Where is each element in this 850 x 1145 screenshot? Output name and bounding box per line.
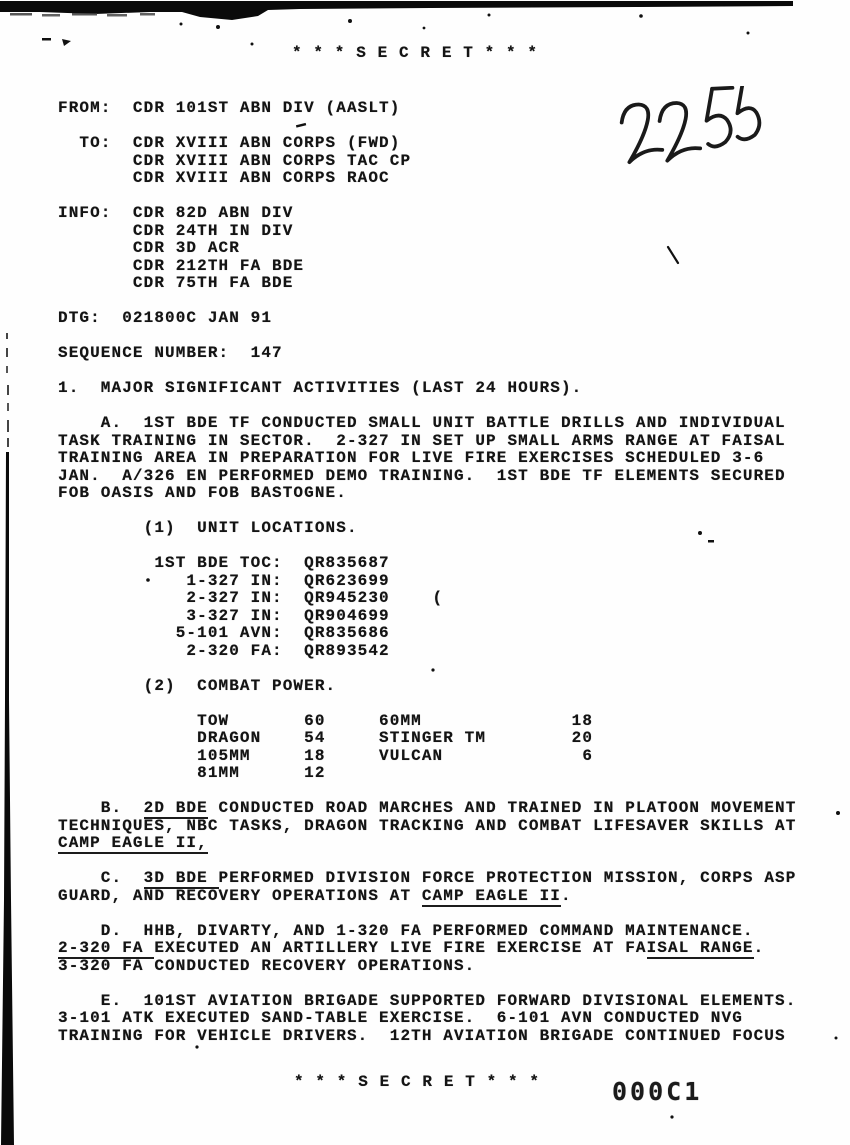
document-line: A. 1ST BDE TF CONDUCTED SMALL UNIT BATTL… [58, 415, 838, 433]
document-line: (2) COMBAT POWER. [58, 678, 838, 696]
document-line: C. 3D BDE PERFORMED DIVISION FORCE PROTE… [58, 870, 838, 888]
document-line [58, 975, 838, 993]
document-line: 5-101 AVN: QR835686 [58, 625, 838, 643]
document-line [58, 293, 838, 311]
document-line: 1. MAJOR SIGNIFICANT ACTIVITIES (LAST 24… [58, 380, 838, 398]
document-line: 3-101 ATK EXECUTED SAND-TABLE EXERCISE. … [58, 1010, 838, 1028]
scanned-document-page: * * * S E C R E T * * * * * * S E C R E … [0, 0, 850, 1145]
document-line [58, 398, 838, 416]
classification-banner-top: * * * S E C R E T * * * [292, 44, 538, 62]
document-line: (1) UNIT LOCATIONS. [58, 520, 838, 538]
document-line: 3-320 FA CONDUCTED RECOVERY OPERATIONS. [58, 958, 838, 976]
document-line: TOW 60 60MM 18 [58, 713, 838, 731]
document-line: 2-320 FA EXECUTED AN ARTILLERY LIVE FIRE… [58, 940, 838, 958]
document-line: CDR 24TH IN DIV [58, 223, 838, 241]
document-line: CDR XVIII ABN CORPS RAOC [58, 170, 838, 188]
document-line: TECHNIQUES, NBC TASKS, DRAGON TRACKING A… [58, 818, 838, 836]
document-line: 1ST BDE TOC: QR835687 [58, 555, 838, 573]
document-line: CDR 75TH FA BDE [58, 275, 838, 293]
document-line [58, 783, 838, 801]
document-line: DRAGON 54 STINGER TM 20 [58, 730, 838, 748]
document-line: TASK TRAINING IN SECTOR. 2-327 IN SET UP… [58, 433, 838, 451]
document-line: JAN. A/326 EN PERFORMED DEMO TRAINING. 1… [58, 468, 838, 486]
document-line: E. 101ST AVIATION BRIGADE SUPPORTED FORW… [58, 993, 838, 1011]
document-line [58, 695, 838, 713]
document-line: FOB OASIS AND FOB BASTOGNE. [58, 485, 838, 503]
scan-artifact-left-edge [0, 0, 24, 1145]
document-line [58, 660, 838, 678]
document-line [58, 328, 838, 346]
classification-banner-bottom: * * * S E C R E T * * * [294, 1073, 540, 1091]
document-line [58, 503, 838, 521]
document-line: CAMP EAGLE II, [58, 835, 838, 853]
document-line [58, 853, 838, 871]
page-number-stamp: 000C1 [612, 1077, 702, 1106]
handwritten-number: 2255 [612, 86, 762, 166]
document-line: 105MM 18 VULCAN 6 [58, 748, 838, 766]
document-line: SEQUENCE NUMBER: 147 [58, 345, 838, 363]
document-line: B. 2D BDE CONDUCTED ROAD MARCHES AND TRA… [58, 800, 838, 818]
document-line: CDR 212TH FA BDE [58, 258, 838, 276]
document-line: INFO: CDR 82D ABN DIV [58, 205, 838, 223]
document-line [58, 363, 838, 381]
document-line [58, 188, 838, 206]
document-line: D. HHB, DIVARTY, AND 1-320 FA PERFORMED … [58, 923, 838, 941]
document-line: 2-320 FA: QR893542 [58, 643, 838, 661]
document-line: 2-327 IN: QR945230 ( [58, 590, 838, 608]
document-line: CDR 3D ACR [58, 240, 838, 258]
document-line: 3-327 IN: QR904699 [58, 608, 838, 626]
document-body: FROM: CDR 101ST ABN DIV (AASLT) TO: CDR … [58, 100, 838, 1045]
document-line: TRAINING AREA IN PREPARATION FOR LIVE FI… [58, 450, 838, 468]
document-line: 1-327 IN: QR623699 [58, 573, 838, 591]
document-line: TRAINING FOR VEHICLE DRIVERS. 12TH AVIAT… [58, 1028, 838, 1046]
document-line: DTG: 021800C JAN 91 [58, 310, 838, 328]
document-line: GUARD, AND RECOVERY OPERATIONS AT CAMP E… [58, 888, 838, 906]
document-line: 81MM 12 [58, 765, 838, 783]
document-line [58, 905, 838, 923]
document-line [58, 538, 838, 556]
